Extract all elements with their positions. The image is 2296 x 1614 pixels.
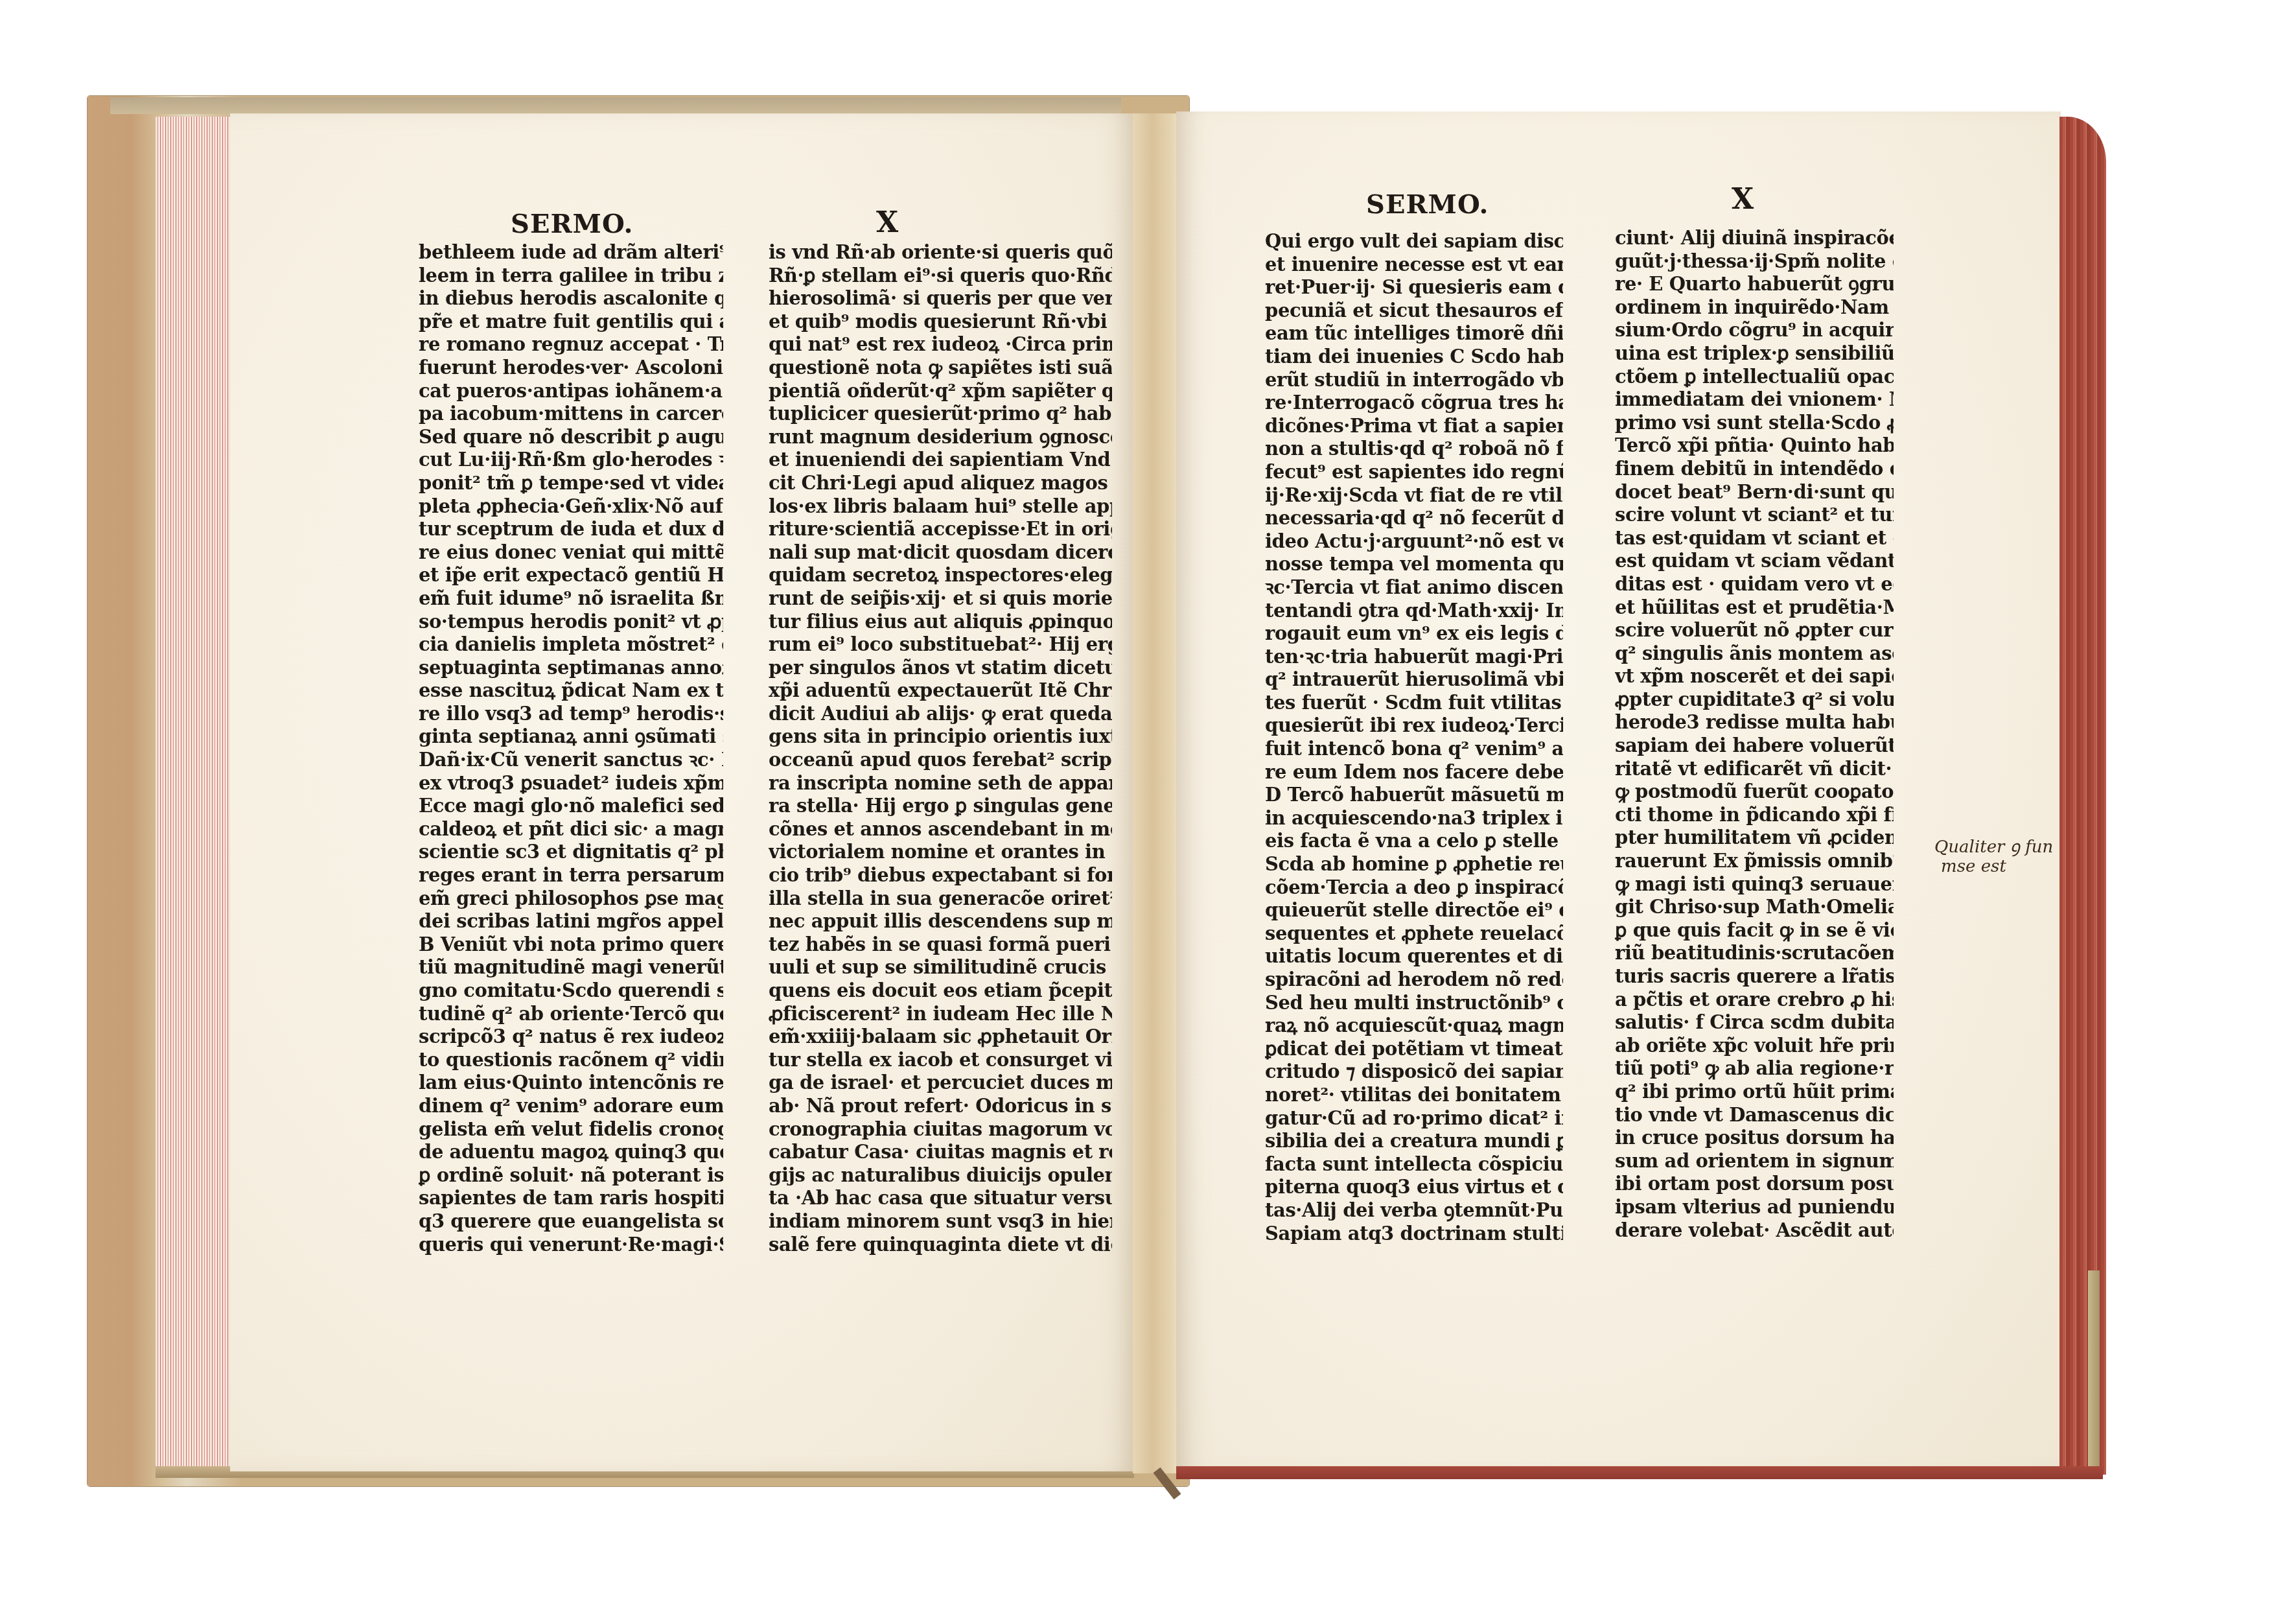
text-line: pter humilitatem vñ ꝓcidentes ado= [1615, 826, 1894, 850]
text-line: illa stella in sua generacõe oriret²·do [769, 887, 1112, 911]
text-line: ꝑ ordinẽ soluit· nã poterant israelite [419, 1164, 723, 1187]
text-line: et inueniendi dei sapientiam Vnd di [769, 449, 1112, 472]
text-line: salẽ fere quinquaginta diete vt dicit [769, 1234, 1112, 1257]
text-line: ꝓficiscerent² in iudeam Hec ille Nu· [769, 1003, 1112, 1026]
text-line: riture·scientiã accepisse·Et in origi= [769, 518, 1112, 541]
text-line: ij·Re·xij·Scda vt fiat de re vtili et [1265, 484, 1563, 508]
text-line: tur sceptrum de iuda et dux de femo [419, 518, 723, 541]
text-line: necessaria·qd q² nõ fecerũt discipuli [1265, 507, 1563, 530]
text-line: ret·Puer·ij· Si quesieris eam quasi [1265, 276, 1563, 299]
text-line: fecut⁹ est sapientes ido regnũ ꝑdidit [1265, 461, 1563, 484]
text-line: ex vtroq3 ꝑsuadet² iudeis xp̃m natum [419, 772, 723, 795]
text-line: q3 querere que euangelista soluit Si [419, 1210, 723, 1234]
text-line: cut Lu·iij·Rñ·ßm glo·herodes ꝛc·nõ [419, 449, 723, 472]
text-line: primo vsi sunt stella·Scdo ꝓphecia· [1615, 412, 1894, 435]
text-line: uitatis locum querentes et diuine in [1265, 945, 1563, 968]
text-line: pr̃e et matre fuit gentilis qui a cesa= [419, 310, 723, 334]
text-line: cronographia ciuitas magorum vo [769, 1118, 1112, 1141]
text-column-left-page-2: is vnd Rñ·ab oriente·si queris quõRñ·ꝑ s… [769, 241, 1112, 1256]
text-column-left-page-1: bethleem iude ad drãm alteri⁹ bethleem i… [419, 241, 723, 1256]
text-line: dicit Audiui ab alijs· ꝙ erat quedaz [769, 703, 1112, 726]
text-line: reges erant in terra persarum Quos [419, 864, 723, 887]
text-line: pa iacobum·mittens in carcere petꝝ [419, 403, 723, 426]
text-line: em̃ fuit idume⁹ nõ israelita ßm Chri= [419, 587, 723, 611]
text-line: sibilia dei a creatura mundi ꝑ ea que [1265, 1130, 1563, 1153]
text-line: uuli et sup se similitudinẽ crucis ⁊ lo [769, 956, 1112, 979]
text-line: re eum Idem nos facere debem⁹· [1265, 761, 1563, 784]
text-line: dei scribas latini mgr̃os appellant [419, 910, 723, 933]
text-line: nali sup mat·dicit quosdam dicere ꝙ [769, 541, 1112, 565]
text-line: raꝝ nõ acquiescũt·quaꝝ magnitudo [1265, 1014, 1563, 1038]
text-line: ꝑ que quis facit ꝙ in se ẽ vic3 deside= [1615, 919, 1894, 942]
text-line: scientie sc3 et dignitatis q² philo· et [419, 841, 723, 864]
text-line: ꝙ postmodũ fuerũt cooꝑatores san= [1615, 780, 1894, 804]
text-line: a pc̃tis et orare crebro ꝓ his que sũt [1615, 988, 1894, 1012]
text-line: qui nat⁹ est rex iudeoꝝ ·Circa primã [769, 333, 1112, 357]
text-line: facta sunt intellecta cõspiciunt² sem= [1265, 1153, 1563, 1176]
text-line: docet beat⁹ Bern·di·sunt quidaz qui [1615, 481, 1894, 504]
text-line: leem in terra galilee in tribu zabulon [419, 264, 723, 288]
text-line: ordinem in inquirẽdo·Nam ßm dioni [1615, 296, 1894, 320]
text-line: Tercõ xp̃i pñtia· Quinto habuerunt [1615, 434, 1894, 458]
text-line: ibi ortam post dorsum posuerat · nec [1615, 1173, 1894, 1196]
text-line: tuplicicer quesierũt·primo q² habue [769, 403, 1112, 426]
text-line: vt xp̃m noscerẽt et dei sapiẽtiam nec [1615, 665, 1894, 688]
text-line: B Veniũt vbi nota primo queren= [419, 933, 723, 957]
text-line: Dañ·ix·Cũ venerit sanctus ꝛc· Et sic [419, 749, 723, 772]
text-line: eis facta ẽ vna a celo ꝑ stelle appicõ3 [1265, 830, 1563, 853]
text-line: ginta septianaꝝ anni ꝯsũmati sunt· [419, 725, 723, 749]
text-line: hierosolimã· si queris per que verba [769, 287, 1112, 310]
text-line: in cruce positus dorsum habuit ver= [1615, 1127, 1894, 1150]
text-line: occeanũ apud quos ferebat² scriptu= [769, 749, 1112, 772]
text-line: q² intrauerũt hierusolimã vbi sapiẽ= [1265, 668, 1563, 692]
text-line: tes fuerũt · Scdm fuit vtilitas quã [1265, 692, 1563, 715]
text-line: pientiã oñderũt·q² xp̃m sapiẽter qui= [769, 380, 1112, 403]
text-line: ra stella· Hij ergo ꝑ singulas genera [769, 795, 1112, 818]
text-line: de aduentu magoꝝ quinq3 questiões [419, 1141, 723, 1164]
text-line: re illo vsq3 ad temp⁹ herodis·septua [419, 703, 723, 726]
text-line: gatur·Cũ ad ro·primo dicat² inui= [1265, 1107, 1563, 1130]
text-line: tas est·quidam vt sciant et curiositas [1615, 527, 1894, 550]
text-line: esse nascituꝝ p̃dicat Nam ex tempo= [419, 679, 723, 703]
text-line: lam eius·Quinto intencõnis rectitu [419, 1071, 723, 1095]
text-line: pecuniã et sicut thesauros effoderis [1265, 299, 1563, 323]
text-line: questionẽ nota ꝙ sapiẽtes isti suã sa= [769, 357, 1112, 380]
text-line: runt magnum desiderium ꝯgnoscẽdi [769, 426, 1112, 449]
text-line: sium·Ordo cõgru⁹ in acquirendo di= [1615, 319, 1894, 342]
text-line: et ip̃e erit expectacõ gentiũ Herodes [419, 564, 723, 587]
text-line: git Chriso·sup Math·Omelia·xxxix· [1615, 896, 1894, 919]
text-line: sum ad orientem in signum ꝙ culpa3 [1615, 1150, 1894, 1173]
text-line: septuaginta septimanas annoꝝ xp̃m [419, 657, 723, 680]
text-line: ab oriẽte xp̃c voluit hr̃e primicias gẽ [1615, 1035, 1894, 1058]
text-line: eam tũc intelliges timorẽ dñi et scien [1265, 322, 1563, 345]
text-line: sapiam dei habere voluerũt·ꝓpter ca [1615, 734, 1894, 758]
text-line: ꝑdicat dei potẽtiam vt timeat²· pul= [1265, 1038, 1563, 1061]
text-line: Rñ·ꝑ stellam ei⁹·si queris quo·Rñd· [769, 264, 1112, 288]
text-line: ideo Actu·j·arguunt²·nõ est vestruz [1265, 530, 1563, 554]
right-bottom-edge-red [1176, 1466, 2103, 1479]
text-line: re eius donec veniat qui mittẽdus ẽ [419, 541, 723, 565]
text-line: tiũ magnitudinẽ magi venerũt cũ ma= [419, 956, 723, 979]
text-line: tez habẽs in se quasi formã pueri par [769, 933, 1112, 957]
text-line: finem debitũ in intendẽdo quẽ finem [1615, 458, 1894, 481]
text-line: et hũilitas est et prudẽtia·Magi aũt [1615, 596, 1894, 620]
text-line: nec appuit illis descendens sup mon= [769, 910, 1112, 933]
text-line: gijs ac naturalibus diuicijs opulen= [769, 1164, 1112, 1187]
text-line: xp̃i aduentũ expectauerũt Itẽ Chri· [769, 679, 1112, 703]
right-cover-edge [2088, 1270, 2100, 1478]
text-line: derare volebat· Ascẽdit autem faciẽ [1615, 1219, 1894, 1243]
text-line: critudo ⁊ disposicõ dei sapiam vt ho [1265, 1060, 1563, 1084]
text-line: quidam secretoꝝ inspectores·elege= [769, 564, 1112, 587]
text-line: is vnd Rñ·ab oriente·si queris quõ [769, 241, 1112, 264]
text-line: los·ex libris balaam hui⁹ stelle appa [769, 495, 1112, 519]
text-line: victorialem nomine et orantes in silẽ [769, 841, 1112, 864]
text-line: pleta ꝓphecia·Geñ·xlix·Nõ aufere= [419, 495, 723, 519]
gutter [1133, 113, 1181, 1473]
text-line: caldeoꝝ et pñt dici sic· a magnitudie [419, 818, 723, 841]
text-line: noret²· vtilitas dei bonitatem vt dili [1265, 1084, 1563, 1107]
text-line: q² singulis ãnis montem ascenderũt [1615, 642, 1894, 666]
text-line: cabatur Casa· ciuitas magnis et re= [769, 1141, 1112, 1164]
text-line: tur filius eius aut aliquis ꝓpinquo= [769, 611, 1112, 634]
text-line: bethleem iude ad drãm alteri⁹ beth [419, 241, 723, 264]
text-line: cõnes et annos ascendebant in mõtẽ [769, 818, 1112, 841]
cover-top-edge [110, 97, 1121, 114]
text-line: quieuerũt stelle directõe ei⁹ ducatu3 [1265, 899, 1563, 922]
text-line: D Tercõ habuerũt mãsuetũ modũ [1265, 784, 1563, 807]
text-line: sapientes de tam raris hospitib⁹ qui [419, 1187, 723, 1210]
text-line: in diebus herodis ascalonite qui ex [419, 287, 723, 310]
text-line: ipsam vlterius ad puniendum consi= [1615, 1196, 1894, 1219]
text-line: cit Chri·Legi apud aliquez magos il= [769, 472, 1112, 495]
text-line: Scda ab homine ꝑ ꝓphetie reuela= [1265, 853, 1563, 876]
text-line: q² ibi primo ortũ hũit prima p̃uarica [1615, 1081, 1894, 1104]
marginal-note-line: Qualiter ꝯ fun [1934, 837, 2064, 857]
text-line: runt de seip̃is·xij· et si quis morieba [769, 587, 1112, 611]
text-line: fuerunt herodes·ver· Ascolonita ne [419, 357, 723, 380]
text-line: erũt studiũ in interrogãdo vbi est q̇· [1265, 369, 1563, 392]
text-line: ꝙ magi isti quinq3 seruauerũt que tã= [1615, 873, 1894, 896]
text-line: tiũ poti⁹ ꝙ ab alia regione·rñdetur [1615, 1057, 1894, 1081]
text-line: salutis· f Circa scdm dubitat² cur [1615, 1011, 1894, 1035]
text-line: indiam minorem sunt vsq3 in hieru= [769, 1210, 1112, 1234]
text-line: gens sita in principio orientis iuxta [769, 725, 1112, 749]
handwritten-marginal-note: Qualiter ꝯ fun mse est [1934, 837, 2064, 876]
text-line: scire voluerũt nõ ꝓpter curiositatem [1615, 619, 1894, 642]
text-line: uina est triplex·ꝑ sensibiliũ manudu [1615, 342, 1894, 366]
text-line: cio trib⁹ diebus expectabant si forte [769, 864, 1112, 887]
text-line: dinem q² venim⁹ adorare eum·Euan [419, 1095, 723, 1118]
text-line: turis sacris querere a lr̃atis cauere [1615, 965, 1894, 988]
text-line: re romano regnuz accepat · Tres em̃ [419, 333, 723, 357]
text-line: rum ei⁹ loco substituebat²· Hij ergo [769, 633, 1112, 657]
right-folio-number: X [1732, 183, 1754, 216]
text-line: Ecce magi glo·nõ malefici sed philo· [419, 795, 723, 818]
text-line: rogauit eum vn⁹ ex eis legis doctor [1265, 622, 1563, 646]
text-line: ga de israel· et percuciet duces mo= [769, 1071, 1112, 1095]
text-line: et quib⁹ modis quesierunt Rñ·vbi ẽ [769, 310, 1112, 334]
text-line: gelista em̃ velut fidelis cronograph⁹ [419, 1118, 723, 1141]
text-line: piterna quoq3 eius virtus et diuini= [1265, 1176, 1563, 1199]
text-line: fuit intencõ bona q² venim⁹ adora= [1265, 738, 1563, 761]
text-line: em̃·xxiiij·balaam sic ꝓphetauit Orie [769, 1025, 1112, 1049]
text-line: tentandi ꝯtra qd·Math·xxij· Inter [1265, 600, 1563, 623]
text-line: re· E Quarto habuerũt ꝯgruu3 [1615, 273, 1894, 296]
text-line: em̃ greci philosophos ꝑse magos iu= [419, 887, 723, 911]
text-line: ctõem ꝑ intellectualiũ opacõem·et ꝑ [1615, 366, 1894, 389]
right-running-head: SERMO. [1366, 189, 1489, 220]
text-line: scire volunt vt sciant² et turpis vani [1615, 504, 1894, 527]
text-line: re·Interrogacõ cõgrua tres hab3 cõ= [1265, 392, 1563, 415]
text-line: tio vnde vt Damascenus dicit · Xp̃c [1615, 1104, 1894, 1127]
text-line: ꝓpter cupiditate3 q² si voluissent ad [1615, 688, 1894, 712]
text-line: cõem·Tercia a deo ꝑ inspiracõe3· Ac [1265, 876, 1563, 900]
text-line: ten·ꝛc·tria habuerũt magi·Primum [1265, 646, 1563, 669]
text-line: cti thome in p̃dicando xp̃i fidẽ· Et ꝓ [1615, 804, 1894, 827]
text-line: in acquiescendo·na3 triplex instructõ [1265, 807, 1563, 830]
text-line: ta ·Ab hac casa que situatur versus [769, 1187, 1112, 1210]
text-line: spiracõni ad herodem nõ redeuntes· [1265, 968, 1563, 992]
text-line: Qui ergo vult dei sapiam discernere [1265, 230, 1563, 253]
text-line: Sed quare nõ describit ꝑ augustũ si= [419, 426, 723, 449]
text-line: so·tempus herodis ponit² vt ꝓphe= [419, 611, 723, 634]
text-line: riũ beatitudinis·scrutacõem in scrip= [1615, 942, 1894, 965]
text-line: queris qui venerunt·Re·magi·Si q= [419, 1234, 723, 1257]
text-line: guũt·j·thessa·ij·Spm̃ nolite extigue [1615, 250, 1894, 274]
text-column-right-page-1: Qui ergo vult dei sapiam discernereet in… [1265, 230, 1563, 1245]
text-line: cat pueros·antipas iohãnem·agrip= [419, 380, 723, 403]
text-line: tiam dei inuenies C Scdo habu [1265, 345, 1563, 369]
text-line: scripcõ3 q² natus ẽ rex iudeoꝝ·Quar [419, 1025, 723, 1049]
left-fore-edge-red-stained [156, 117, 232, 1475]
left-running-head: SERMO. [511, 209, 633, 239]
text-line: gno comitatu·Scdo querendi solici= [419, 979, 723, 1003]
text-line: ꝛc·Tercia vt fiat animo discendi non [1265, 576, 1563, 600]
text-line: non a stultis·qd q² roboã nõ fecit vel [1265, 438, 1563, 461]
text-line: cia danielis impleta mõstret² que p⁹ [419, 633, 723, 657]
text-line: nosse tempa vel momenta que pater· [1265, 553, 1563, 576]
text-line: tur stella ex iacob et consurget vir= [769, 1049, 1112, 1072]
text-line: to questionis racõnem q² vidim⁹ stel [419, 1049, 723, 1072]
text-line: immediatam dei vnionem· Magi aũt [1615, 388, 1894, 412]
left-folio-number: X [876, 206, 899, 239]
text-line: ra inscripta nomine seth de apparitu [769, 772, 1112, 795]
text-line: per singulos ãnos vt statim dicetur [769, 657, 1112, 680]
text-line: ritatẽ vt edificarẽt vñ dicit· Chriso· [1615, 758, 1894, 781]
text-line: ciunt· Alij diuinã inspiracõem extin= [1615, 227, 1894, 250]
text-line: dicõnes·Prima vt fiat a sapientibus [1265, 415, 1563, 438]
text-line: tudinẽ q² ab oriente·Tercõ quesiti d= [419, 1003, 723, 1026]
text-line: sequentes et ꝓphete reuelacõni nati [1265, 922, 1563, 946]
text-line: ditas est · quidam vero vt edificent² [1615, 573, 1894, 596]
text-line: est quidam vt sciam vẽdant et cupi= [1615, 550, 1894, 573]
text-line: quesierũt ibi rex iudeoꝝ·Terciũ etiã [1265, 714, 1563, 738]
text-line: et inuenire necesse est vt eam deside= [1265, 253, 1563, 277]
text-line: quens eis docuit eos etiam p̃cepit vt [769, 979, 1112, 1003]
text-line: herode3 redisse multa habuissent·S3 [1615, 711, 1894, 734]
text-line: rauerunt Ex p̃missis omnib⁹ apparet [1615, 850, 1894, 873]
text-line: ab· Nã prout refert· Odoricus in sua [769, 1095, 1112, 1118]
text-line: Sapiam atq3 doctrinam stulti despi= [1265, 1222, 1563, 1246]
text-column-right-page-2: ciunt· Alij diuinã inspiracõem extin=guũ… [1615, 227, 1894, 1242]
text-line: tas·Alij dei verba ꝯtemnũt·Pue·iij [1265, 1199, 1563, 1222]
text-line: ponit² tm̃ ꝑ tempe·sed vt videat² im [419, 472, 723, 495]
marginal-note-line: mse est [1934, 857, 2064, 876]
text-line: Sed heu multi instructõnib⁹ creatu [1265, 992, 1563, 1015]
